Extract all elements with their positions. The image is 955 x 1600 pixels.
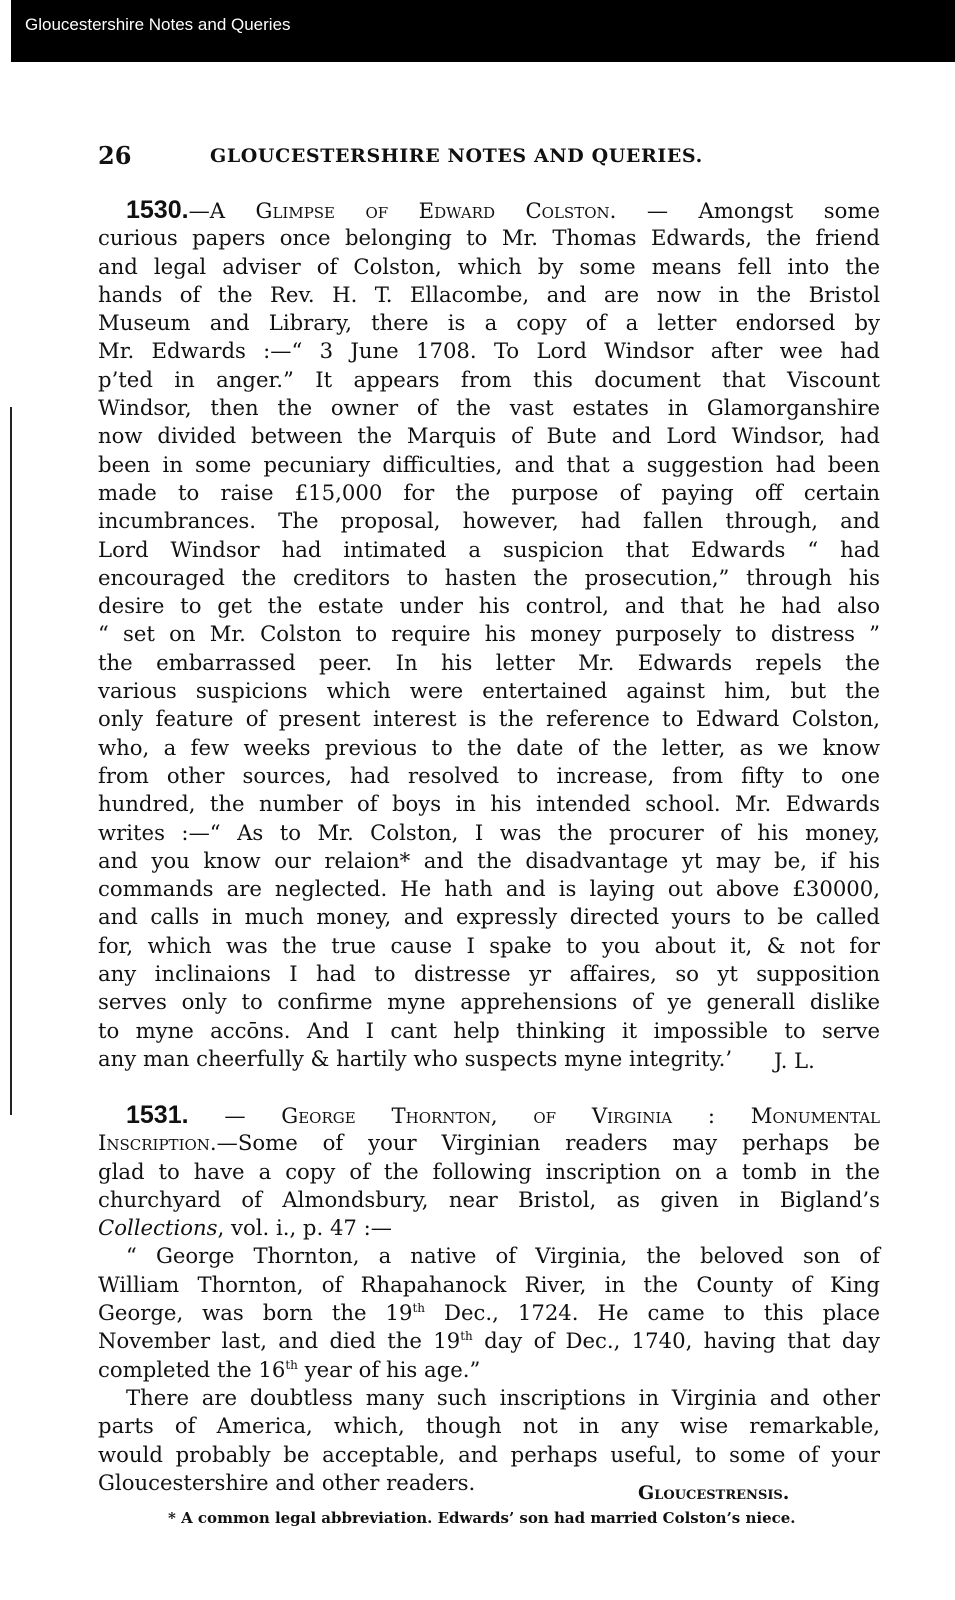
entry-heading: 1531. — George Thornton, of Virginia : M…	[98, 1101, 880, 1129]
text-fragment: year of his age.”	[298, 1357, 480, 1382]
signature: Gloucestrensis.	[638, 1482, 789, 1504]
entry-title: A Glimpse of Edward Colston.	[210, 198, 617, 223]
text-line: p’ted in anger.” It appears from this do…	[98, 366, 880, 394]
window-title-bar: Gloucestershire Notes and Queries	[11, 0, 955, 62]
text-line: been in some pecuniary difficulties, and…	[98, 451, 880, 479]
inscription-line: William Thornton, of Rhapahanock River, …	[98, 1271, 880, 1299]
text-line: churchyard of Almondsbury, near Bristol,…	[98, 1186, 880, 1214]
text-line: parts of America, which, though not in a…	[98, 1412, 880, 1440]
text-line: would probably be acceptable, and perhap…	[98, 1441, 880, 1469]
text-fragment: , vol. i., p. 47 :—	[218, 1215, 392, 1240]
text-line: to myne accōns. And I cant help thinking…	[98, 1017, 880, 1045]
text-line: hands of the Rev. H. T. Ellacombe, and a…	[98, 281, 880, 309]
text-line: from other sources, had resolved to incr…	[98, 762, 880, 790]
text-line: who, a few weeks previous to the date of…	[98, 734, 880, 762]
footnote: * A common legal abbreviation. Edwards’ …	[168, 1509, 796, 1527]
dash: —	[189, 198, 210, 223]
text-line: now divided between the Marquis of Bute …	[98, 422, 880, 450]
text-line: desire to get the estate under his contr…	[98, 592, 880, 620]
entry-1530: 1530.—A Glimpse of Edward Colston. — Amo…	[98, 196, 880, 1073]
text-line: “ set on Mr. Colston to require his mone…	[98, 620, 880, 648]
text-line: — Amongst some	[647, 198, 880, 223]
text-line: made to raise £15,000 for the purpose of…	[98, 479, 880, 507]
entry-number: 1530.	[126, 196, 189, 224]
entry-number: 1531.	[126, 1101, 189, 1129]
citation-line: Collections, vol. i., p. 47 :—	[98, 1214, 880, 1242]
text-fragment: day of Dec., 1740, having that day	[473, 1328, 880, 1353]
window-title: Gloucestershire Notes and Queries	[25, 15, 291, 35]
superscript: th	[412, 1301, 425, 1315]
text-line: hundred, the number of boys in his inten…	[98, 790, 880, 818]
text-line: only feature of present interest is the …	[98, 705, 880, 733]
text-fragment: George, was born the 19	[98, 1300, 412, 1325]
entry-title: — George Thornton, of Virginia : Monumen…	[224, 1103, 880, 1128]
text-fragment: completed the 16	[98, 1357, 285, 1382]
text-line: for, which was the true cause I spake to…	[98, 932, 880, 960]
text-line: encouraged the creditors to hasten the p…	[98, 564, 880, 592]
text-line: curious papers once belonging to Mr. Tho…	[98, 224, 880, 252]
superscript: th	[285, 1358, 298, 1372]
superscript: th	[460, 1329, 473, 1343]
text-line: glad to have a copy of the following ins…	[98, 1158, 880, 1186]
inscription-line: George, was born the 19th Dec., 1724. He…	[98, 1299, 880, 1327]
text-fragment: November last, and died the 19	[98, 1328, 460, 1353]
running-head: 26 GLOUCESTERSHIRE NOTES AND QUERIES.	[98, 141, 880, 171]
text-line: Inscription.—Some of your Virginian read…	[98, 1129, 880, 1157]
page-number: 26	[98, 141, 131, 170]
inscription-line: completed the 16th year of his age.”	[98, 1356, 880, 1384]
inscription-line: November last, and died the 19th day of …	[98, 1327, 880, 1355]
text-line: and legal adviser of Colston, which by s…	[98, 253, 880, 281]
text-line: commands are neglected. He hath and is l…	[98, 875, 880, 903]
text-line: writes :—“ As to Mr. Colston, I was the …	[98, 819, 880, 847]
text-fragment: —Some of your Virginian readers may perh…	[217, 1130, 880, 1155]
text-line: any inclinaions I had to distresse yr af…	[98, 960, 880, 988]
text-line: There are doubtless many such inscriptio…	[98, 1384, 880, 1412]
margin-rule	[10, 407, 12, 1115]
inscription-line: “ George Thornton, a native of Virginia,…	[98, 1242, 880, 1270]
text-line: the embarrassed peer. In his letter Mr. …	[98, 649, 880, 677]
entry-heading: 1530.—A Glimpse of Edward Colston. — Amo…	[98, 196, 880, 224]
text-line: Museum and Library, there is a copy of a…	[98, 309, 880, 337]
running-title: GLOUCESTERSHIRE NOTES AND QUERIES.	[210, 145, 703, 167]
text-line: Mr. Edwards :—“ 3 June 1708. To Lord Win…	[98, 337, 880, 365]
entry-title-cont: Inscription.	[98, 1130, 217, 1155]
text-line: Lord Windsor had intimated a suspicion t…	[98, 536, 880, 564]
text-line: any man cheerfully & hartily who suspect…	[98, 1045, 880, 1073]
signature: J. L.	[774, 1049, 815, 1073]
text-line: various suspicions which were entertaine…	[98, 677, 880, 705]
text-line: serves only to confirme myne apprehensio…	[98, 988, 880, 1016]
text-line: Windsor, then the owner of the vast esta…	[98, 394, 880, 422]
text-line: and calls in much money, and expressly d…	[98, 903, 880, 931]
text-line: and you know our relaion* and the disadv…	[98, 847, 880, 875]
text-line: incumbrances. The proposal, however, had…	[98, 507, 880, 535]
book-title: Collections	[98, 1215, 218, 1240]
entry-1531: 1531. — George Thornton, of Virginia : M…	[98, 1101, 880, 1497]
text-fragment: Dec., 1724. He came to this place	[425, 1300, 880, 1325]
